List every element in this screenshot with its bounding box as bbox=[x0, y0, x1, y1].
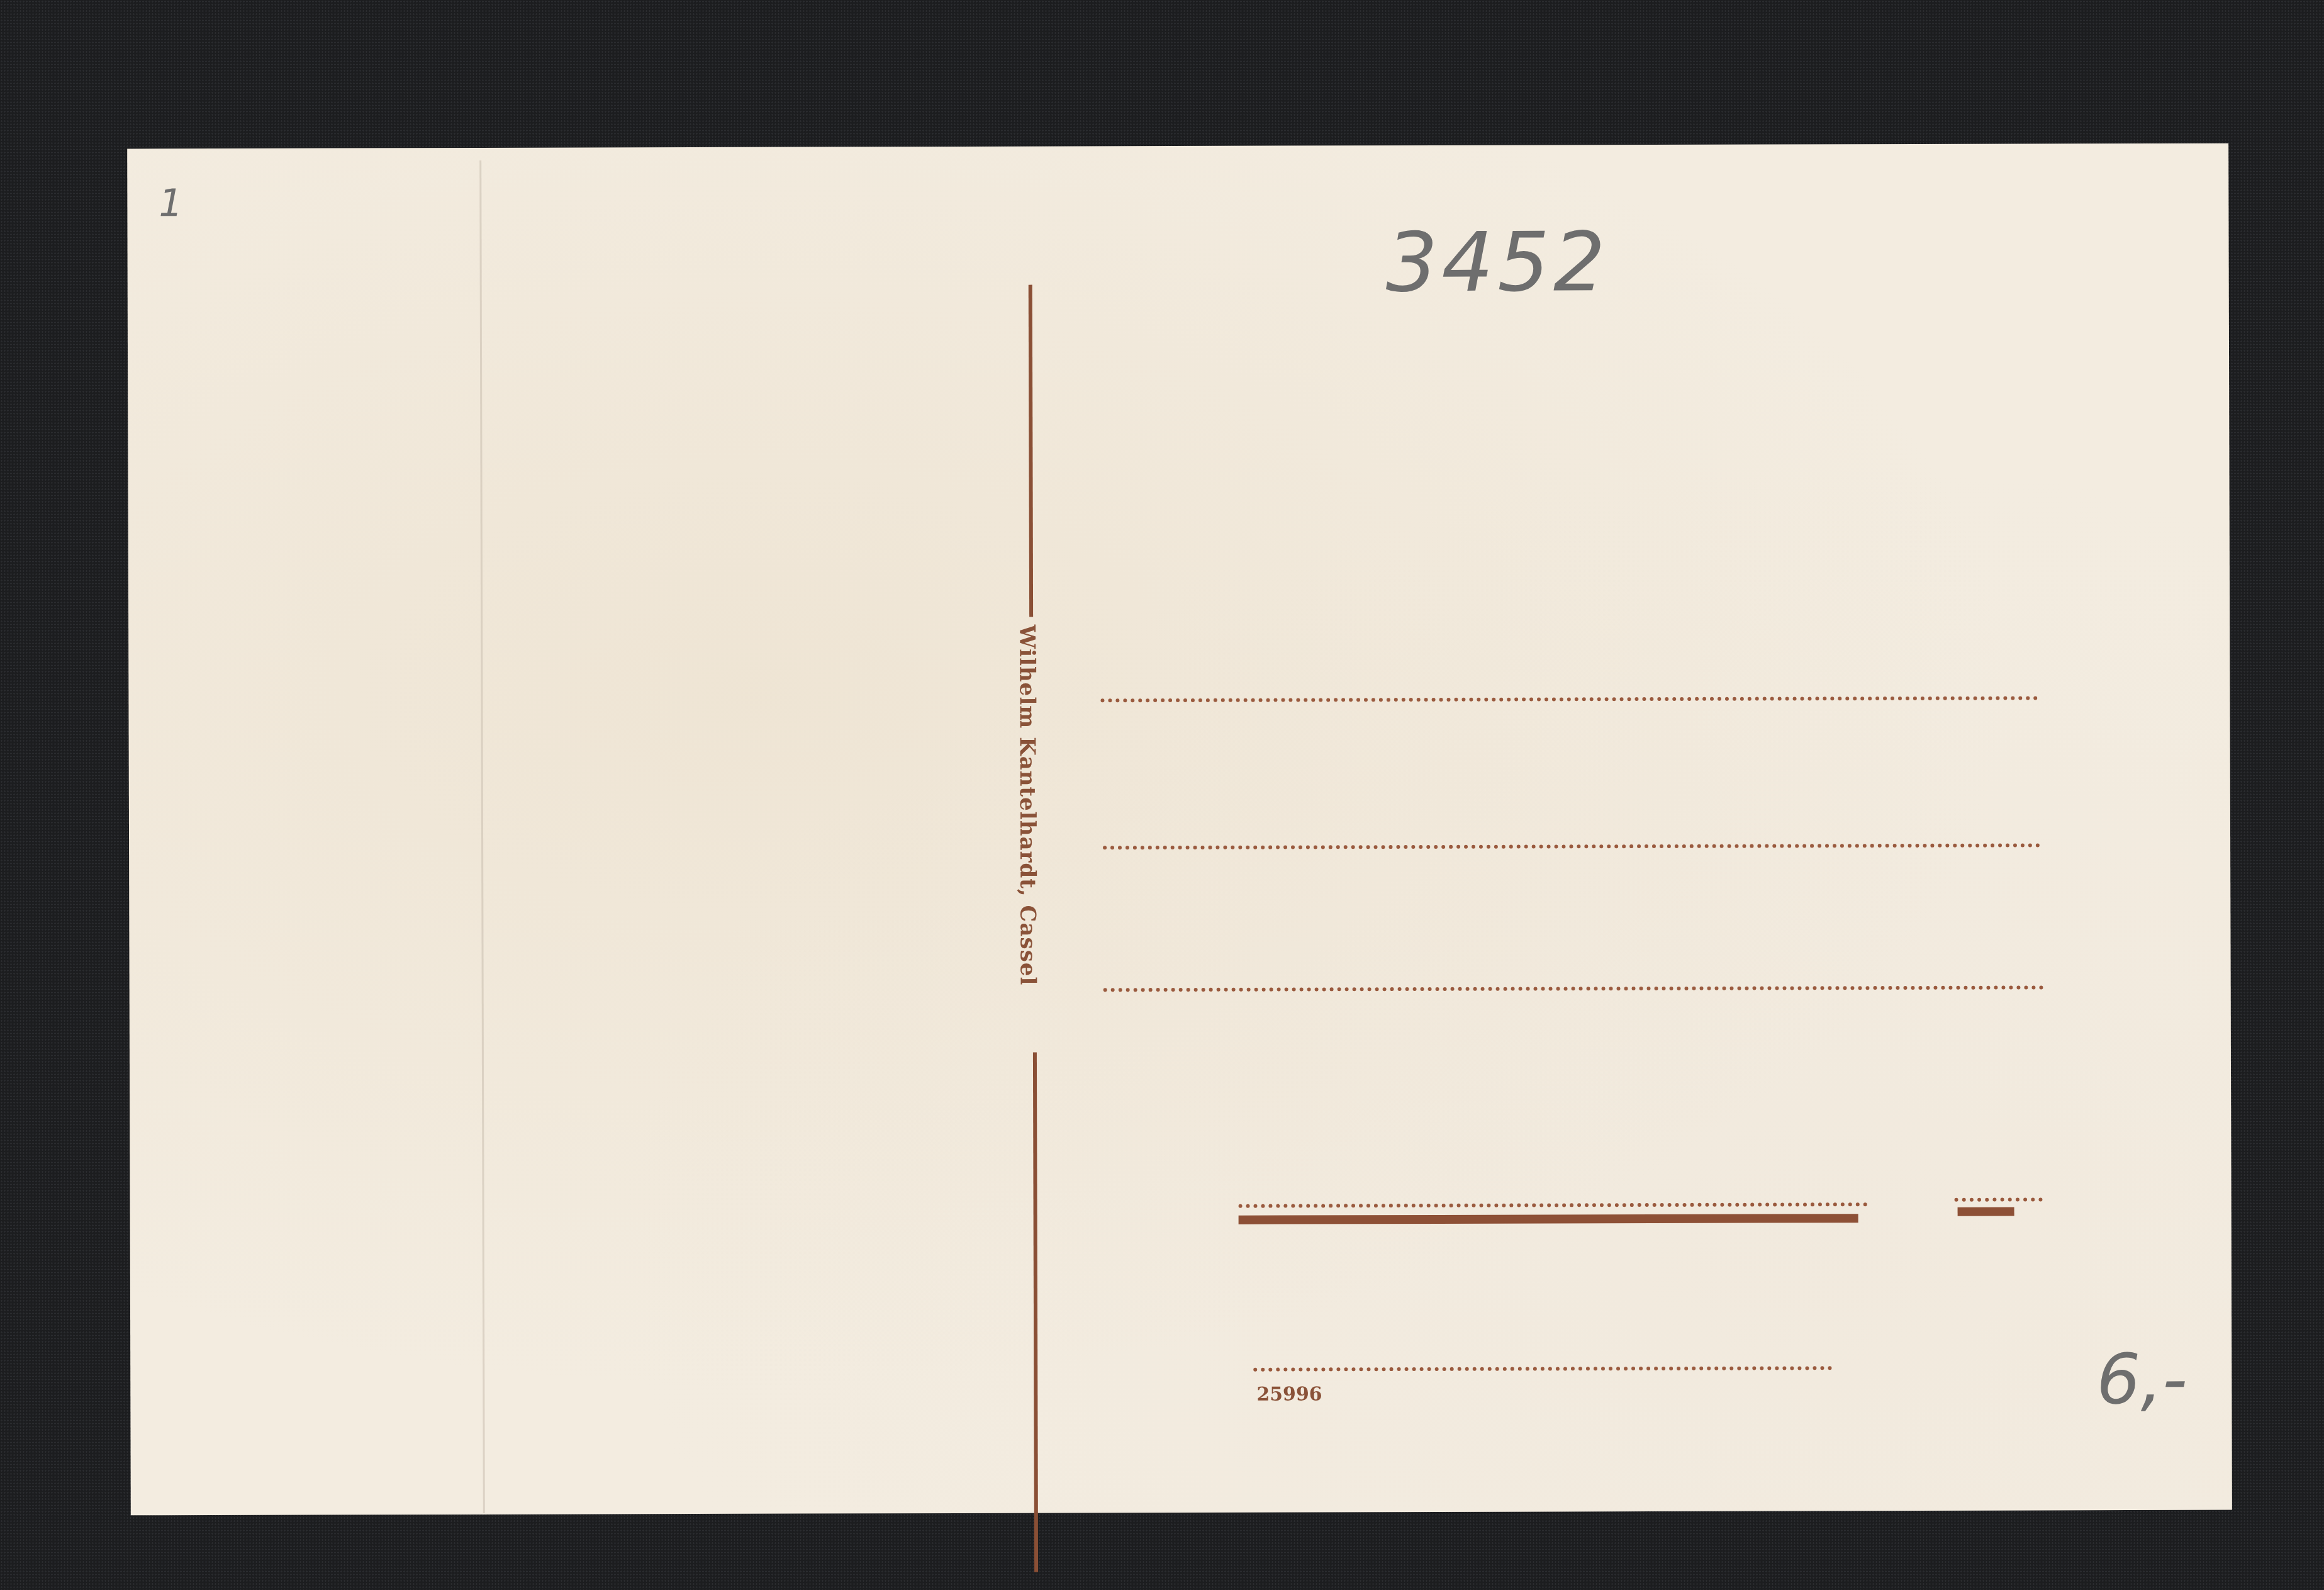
address-line-4-dotted-right bbox=[1955, 1197, 2043, 1201]
inventory-number: 3452 bbox=[1385, 214, 1609, 310]
publisher-imprint: Wilhelm Kantelhardt, Cassel bbox=[1014, 625, 1041, 986]
fold-crease bbox=[479, 160, 485, 1513]
serial-number: 25996 bbox=[1256, 1383, 1322, 1405]
address-line-2 bbox=[1103, 843, 2040, 849]
address-line-3 bbox=[1103, 985, 2044, 992]
address-line-5 bbox=[1253, 1366, 1832, 1371]
corner-pencil-mark: 1 bbox=[159, 181, 182, 225]
address-underline-thick bbox=[1239, 1214, 1858, 1224]
divider-line-top bbox=[1029, 285, 1033, 617]
price-mark: 6,- bbox=[2096, 1339, 2187, 1419]
address-line-1 bbox=[1100, 696, 2038, 702]
divider-line-bottom bbox=[1033, 1053, 1038, 1572]
postcard-back: 1 3452 Wilhelm Kantelhardt, Cassel 25996… bbox=[127, 143, 2232, 1516]
address-line-4-dotted bbox=[1239, 1202, 1868, 1208]
address-underline-thick-right bbox=[1958, 1207, 2014, 1216]
